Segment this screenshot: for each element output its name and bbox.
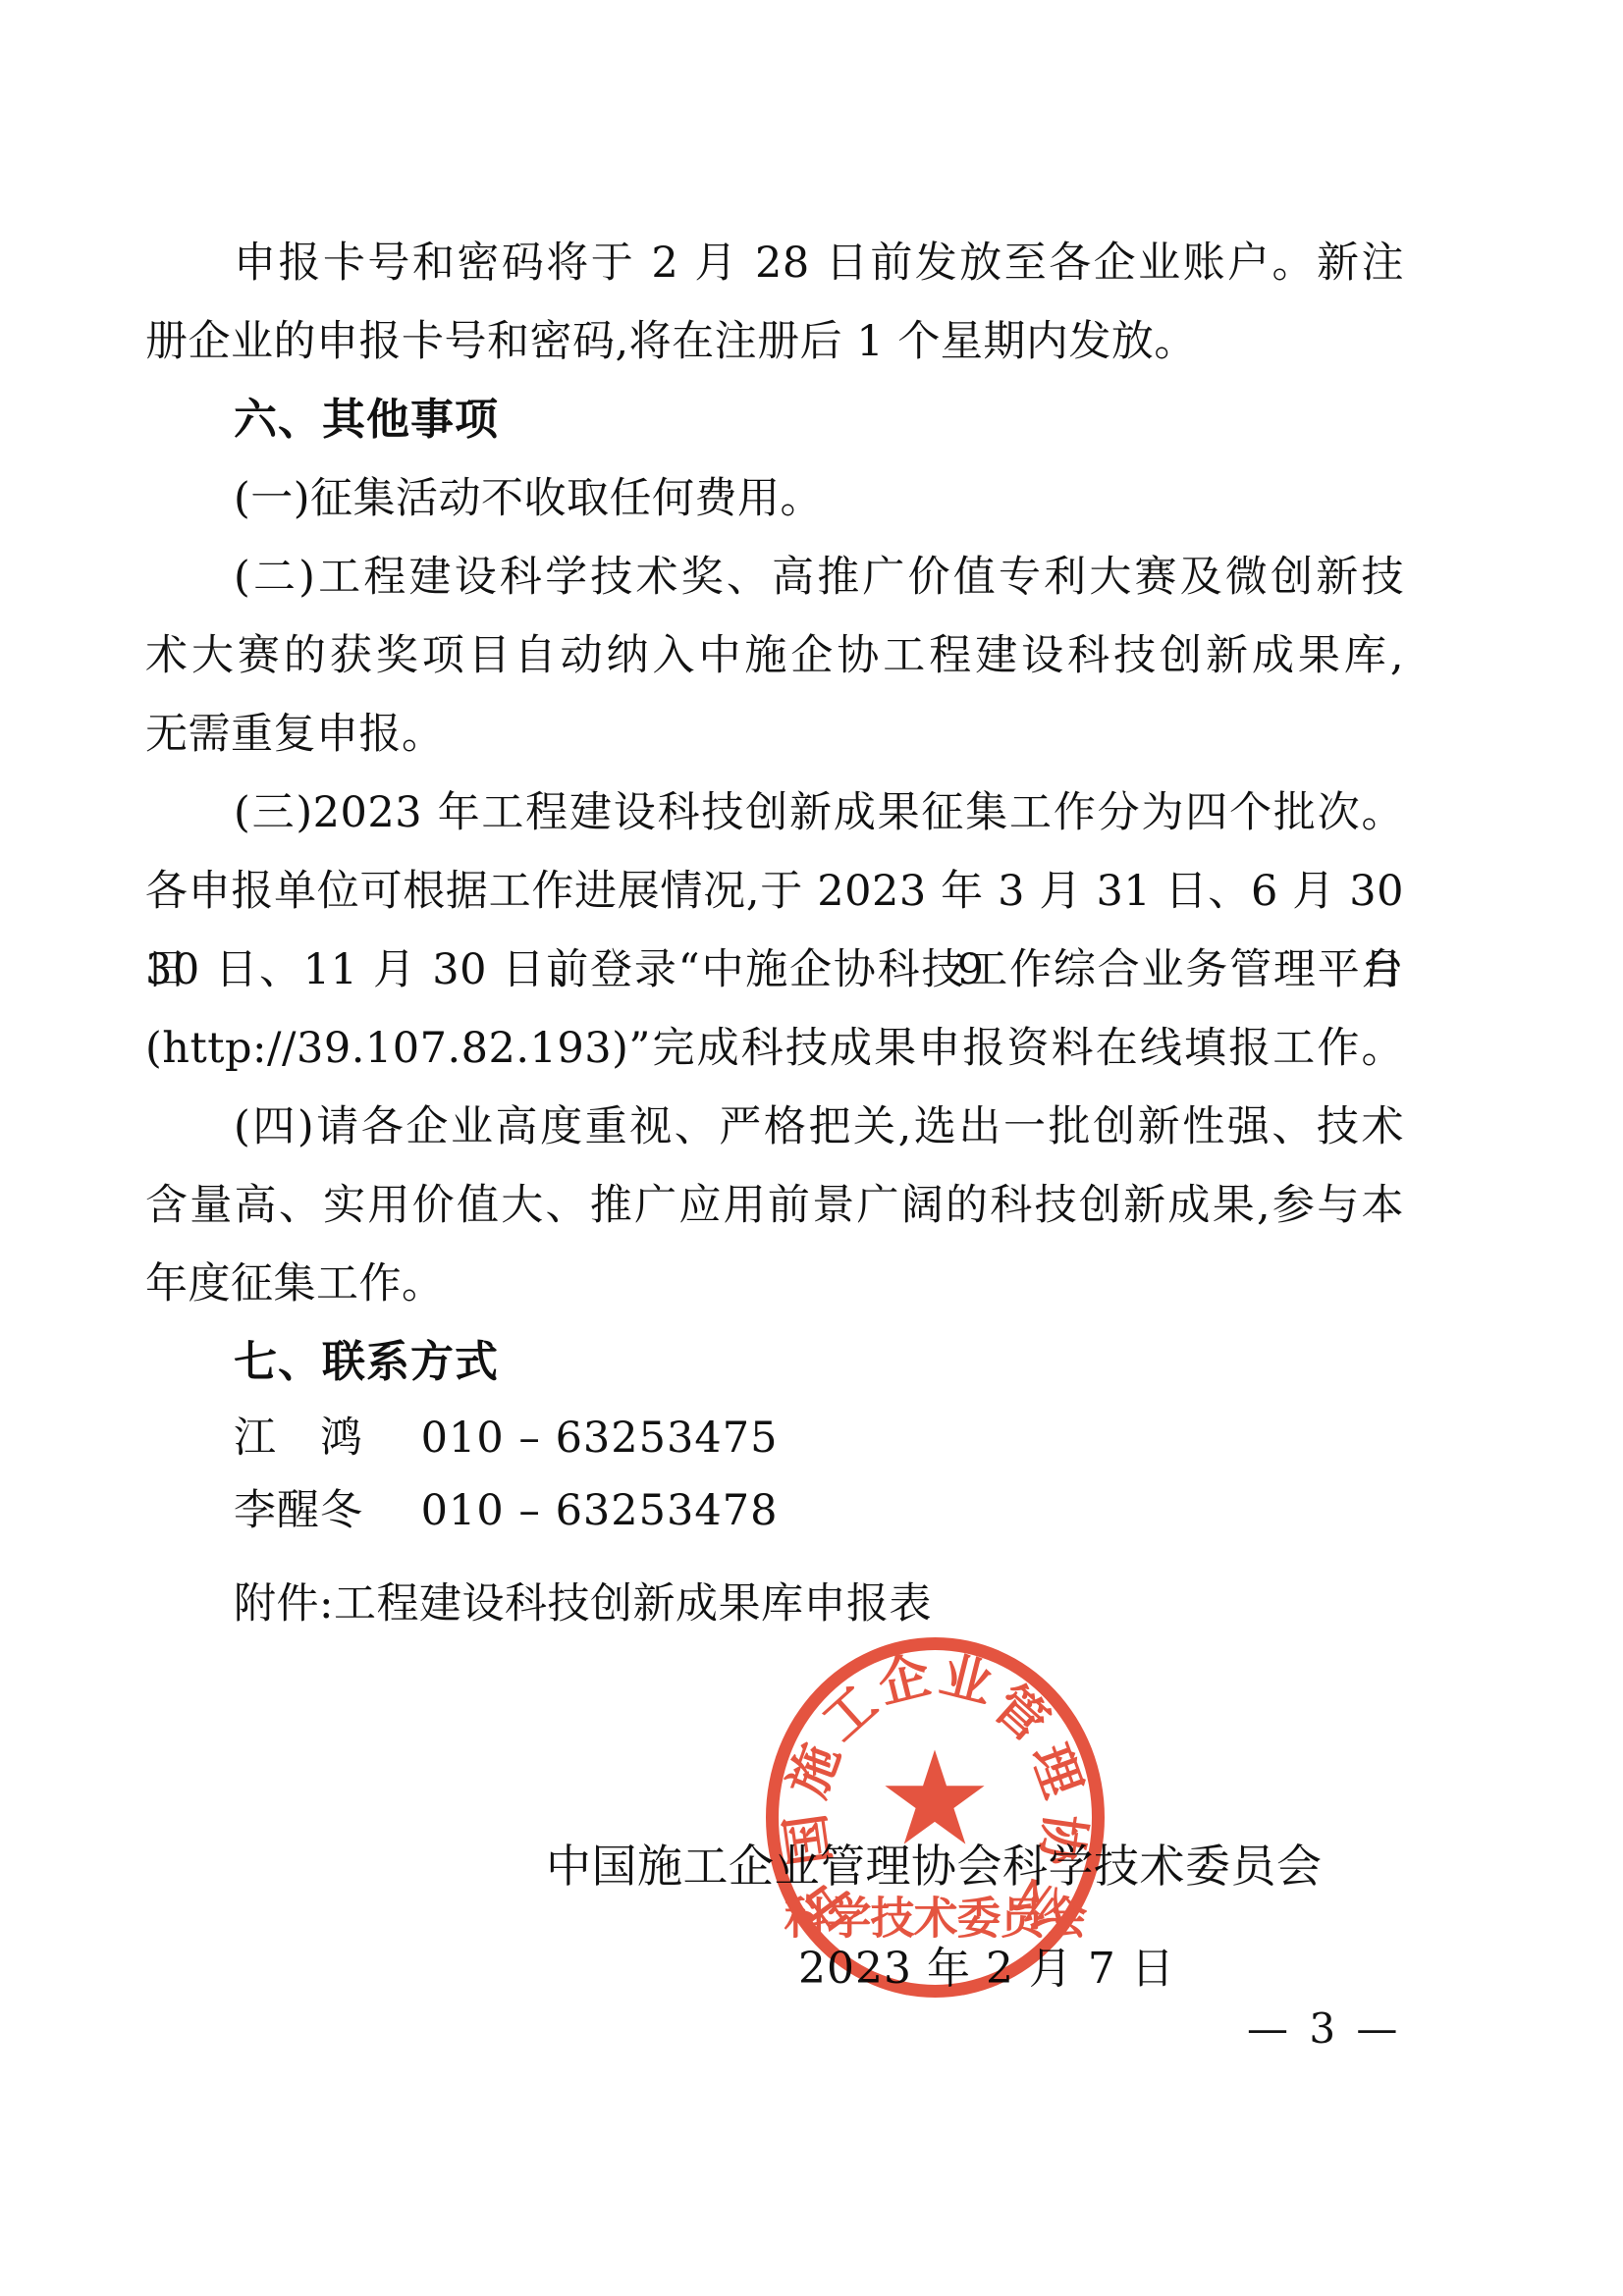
list-item-2-line: (二)工程建设科学技术奖、高推广价值专利大赛及微创新技	[145, 538, 1404, 616]
seal-arc-char: 工	[814, 1678, 886, 1749]
paragraph-line: 册企业的申报卡号和密码,将在注册后 1 个星期内发放。	[145, 302, 1404, 381]
list-item-3-line: (三)2023 年工程建设科技创新成果征集工作分为四个批次。	[145, 774, 1404, 852]
contact-line-2: 李醒冬 010 – 63253478	[145, 1474, 1404, 1547]
list-item-1: (一)征集活动不收取任何费用。	[145, 459, 1404, 538]
document-page: 申报卡号和密码将于 2 月 28 日前发放至各企业账户。新注 册企业的申报卡号和…	[0, 0, 1623, 2296]
seal-arc-char: 业	[935, 1649, 997, 1711]
contact-line-1: 江 鸿 010 – 63253475	[145, 1402, 1404, 1474]
list-item-4-line: 年度征集工作。	[145, 1245, 1404, 1323]
seal-arc-char: 管	[984, 1678, 1055, 1749]
list-item-3-line: (http://39.107.82.193)”完成科技成果申报资料在线填报工作。	[145, 1009, 1404, 1088]
list-item-2-line: 术大赛的获奖项目自动纳入中施企协工程建设科技创新成果库,	[145, 616, 1404, 695]
list-item-2-line: 无需重复申报。	[145, 695, 1404, 774]
paragraph-line: 申报卡号和密码将于 2 月 28 日前发放至各企业账户。新注	[145, 224, 1404, 302]
seal-arc-char: 施	[783, 1738, 848, 1804]
section-heading-7: 七、联系方式	[145, 1323, 1404, 1402]
list-item-3-line: 30 日、11 月 30 日前登录“中施企协科技工作综合业务管理平台	[145, 931, 1404, 1009]
list-item-4-line: 含量高、实用价值大、推广应用前景广阔的科技创新成果,参与本	[145, 1166, 1404, 1245]
seal-arc-char: 企	[873, 1649, 935, 1711]
seal-bottom-text: 科学技术委员会	[784, 1896, 1086, 1941]
page-number: — 3 —	[1247, 2006, 1401, 2052]
attachment-line: 附件:工程建设科技创新成果库申报表	[145, 1565, 1404, 1643]
list-item-3-line: 各申报单位可根据工作进展情况,于 2023 年 3 月 31 日、6 月 30 …	[145, 852, 1404, 931]
signature-organization: 中国施工企业管理协会科学技术委员会	[546, 1842, 1323, 1891]
list-item-4-line: (四)请各企业高度重视、严格把关,选出一批创新性强、技术	[145, 1088, 1404, 1166]
section-heading-6: 六、其他事项	[145, 381, 1404, 459]
signature-date: 2023 年 2 月 7 日	[798, 1946, 1175, 1993]
document-body: 申报卡号和密码将于 2 月 28 日前发放至各企业账户。新注 册企业的申报卡号和…	[145, 224, 1404, 1643]
seal-arc-char: 理	[1023, 1738, 1089, 1804]
